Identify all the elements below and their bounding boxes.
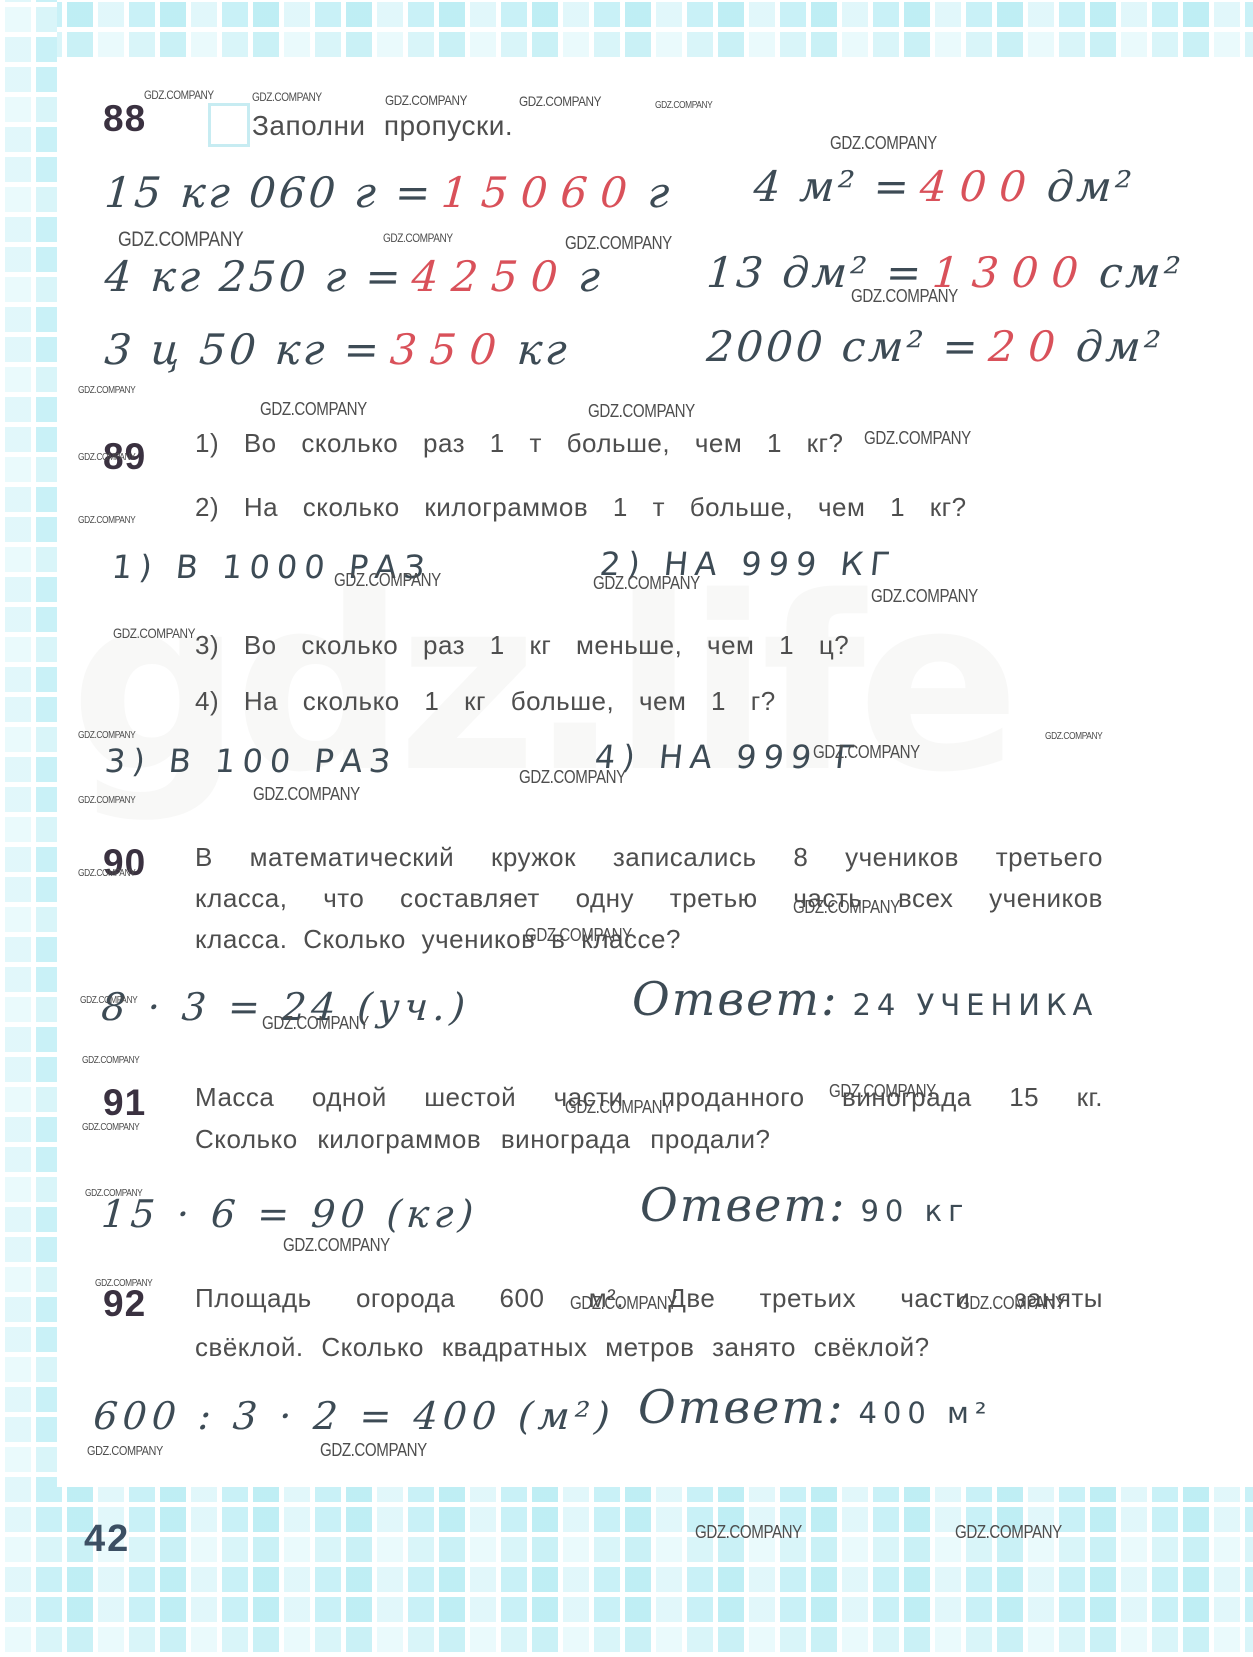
task-89-question-4: 4) На сколько 1 кг больше, чем 1 г?: [195, 686, 776, 717]
watermark: GDZ.COMPANY: [1045, 731, 1102, 742]
watermark: GDZ.COMPANY: [144, 88, 214, 102]
watermark: GDZ.COMPANY: [85, 1188, 142, 1199]
watermark: GDZ.COMPANY: [565, 1097, 672, 1118]
task-88-row1-left: 15 кг 060 г =15060г: [103, 168, 674, 217]
task-88-row1-right: 4 м² =400дм²: [752, 162, 1136, 211]
task-91-answer-label: Ответ:: [640, 1178, 846, 1232]
watermark: GDZ.COMPANY: [78, 795, 135, 806]
watermark: GDZ.COMPANY: [383, 231, 453, 245]
task-91-answer: Ответ:90 кг: [640, 1178, 969, 1232]
task-89-question-2: 2) На сколько килограммов 1 т больше, че…: [195, 492, 967, 523]
watermark: GDZ.COMPANY: [655, 100, 712, 111]
watermark: GDZ.COMPANY: [253, 784, 360, 805]
watermark: GDZ.COMPANY: [385, 92, 467, 108]
task-88-row2-left-answer: 4250: [402, 252, 580, 301]
task-90-answer: Ответ:24 УЧЕНИКА: [632, 972, 1098, 1026]
watermark: GDZ.COMPANY: [793, 897, 900, 918]
watermark: GDZ.COMPANY: [813, 742, 920, 763]
task-88-row3-left-answer: 350: [380, 325, 519, 374]
watermark: GDZ.COMPANY: [695, 1522, 802, 1543]
watermark: GDZ.COMPANY: [593, 573, 700, 594]
watermark: GDZ.COMPANY: [78, 868, 135, 879]
task-88-row3-right: 2000 см² =20дм²: [705, 322, 1165, 371]
task-88-row1-left-answer: 15060: [432, 168, 650, 217]
watermark: GDZ.COMPANY: [570, 1293, 677, 1314]
watermark: GDZ.COMPANY: [864, 428, 971, 449]
task-89-answer-3: 3) В 100 РАЗ: [103, 742, 399, 780]
watermark: GDZ.COMPANY: [334, 570, 441, 591]
task-88-number: 88: [103, 98, 146, 140]
mosaic-border-top: [0, 0, 1253, 62]
watermark: GDZ.COMPANY: [871, 586, 978, 607]
watermark: GDZ.COMPANY: [851, 286, 958, 307]
task-92-solution: 600 : 3 · 2 = 400 (м²): [92, 1394, 616, 1438]
watermark: GDZ.COMPANY: [78, 515, 135, 526]
watermark: GDZ.COMPANY: [95, 1278, 152, 1289]
task-92-answer-label: Ответ:: [638, 1380, 844, 1434]
task-92-answer: Ответ:400 м²: [638, 1380, 993, 1434]
task-88-checkbox: [208, 103, 250, 147]
task-88-row1-right-answer: 400: [910, 162, 1049, 211]
watermark: GDZ.COMPANY: [78, 730, 135, 741]
task-92-text-line2: свёклой. Сколько квадратных метров занят…: [195, 1332, 1103, 1363]
watermark: GDZ.COMPANY: [958, 1293, 1065, 1314]
watermark: GDZ.COMPANY: [82, 1055, 139, 1066]
mosaic-border-bottom: [0, 1487, 1253, 1657]
watermark: GDZ.COMPANY: [588, 401, 695, 422]
task-88-title: Заполни пропуски.: [252, 110, 513, 142]
page-number: 42: [84, 1518, 130, 1561]
task-88-row3-right-answer: 20: [979, 322, 1078, 371]
watermark: GDZ.COMPANY: [829, 1081, 936, 1102]
workbook-page: gdz.life 88 Заполни пропуски. 15 кг 060 …: [0, 0, 1253, 1657]
watermark: GDZ.COMPANY: [830, 133, 937, 154]
watermark: GDZ.COMPANY: [87, 1443, 163, 1458]
task-88-row2-left: 4 кг 250 г =4250г: [103, 252, 605, 301]
task-89-question-3: 3) Во сколько раз 1 кг меньше, чем 1 ц?: [195, 630, 849, 661]
watermark: GDZ.COMPANY: [78, 452, 135, 463]
watermark: GDZ.COMPANY: [262, 1013, 369, 1034]
watermark: GDZ.COMPANY: [525, 925, 632, 946]
task-91-number: 91: [103, 1082, 146, 1124]
task-90-answer-label: Ответ:: [632, 972, 838, 1026]
watermark: GDZ.COMPANY: [252, 90, 322, 104]
mosaic-border-left: [0, 0, 57, 1657]
task-92-number: 92: [103, 1283, 146, 1325]
watermark: GDZ.COMPANY: [80, 995, 137, 1006]
watermark: GDZ.COMPANY: [955, 1522, 1062, 1543]
watermark: GDZ.COMPANY: [519, 767, 626, 788]
watermark: GDZ.COMPANY: [260, 399, 367, 420]
task-90-text-line3: класса. Сколько учеников в классе?: [195, 924, 1103, 955]
task-89-question-1: 1) Во сколько раз 1 т больше, чем 1 кг?: [195, 428, 843, 459]
task-90-answer-value: 24 УЧЕНИКА: [838, 988, 1098, 1022]
task-88-row3-left: 3 ц 50 кг =350кг: [103, 325, 571, 374]
watermark: GDZ.COMPANY: [283, 1235, 390, 1256]
task-91-answer-value: 90 кг: [846, 1194, 969, 1228]
watermark: GDZ.COMPANY: [320, 1440, 427, 1461]
watermark: GDZ.COMPANY: [118, 228, 243, 252]
watermark: GDZ.COMPANY: [78, 385, 135, 396]
task-91-text-line2: Сколько килограммов винограда продали?: [195, 1124, 1103, 1155]
watermark: GDZ.COMPANY: [519, 93, 601, 109]
task-91-solution: 15 · 6 = 90 (кг): [100, 1192, 480, 1236]
watermark: GDZ.COMPANY: [113, 625, 195, 641]
watermark: GDZ.COMPANY: [565, 233, 672, 254]
watermark: GDZ.COMPANY: [82, 1122, 139, 1133]
task-92-answer-value: 400 м²: [844, 1396, 992, 1430]
